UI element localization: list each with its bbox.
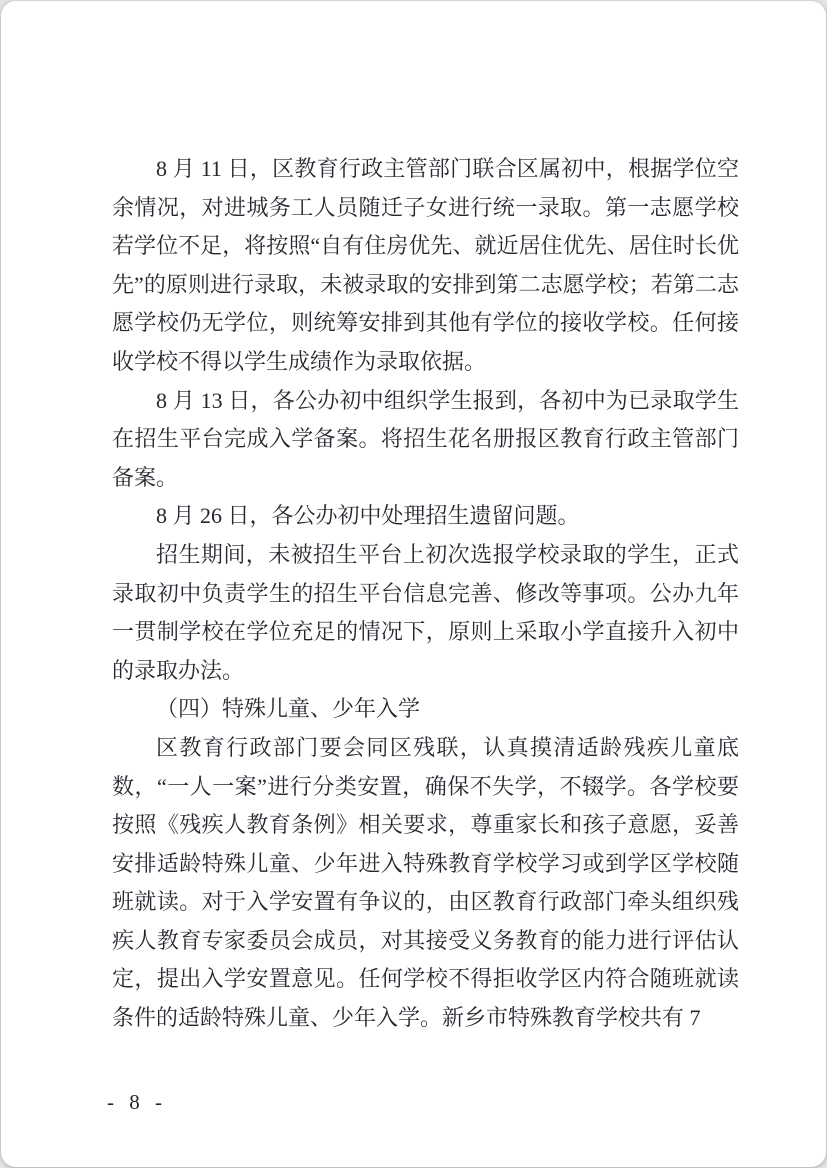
paragraph-enrollment-period: 招生期间，未被招生平台上初次选报学校录取的学生，正式录取初中负责学生的招生平台信… (112, 536, 739, 690)
page-number: - 8 - (107, 1090, 167, 1114)
section-heading-special-children: （四）特殊儿童、少年入学 (112, 690, 739, 729)
document-body: 8 月 11 日，区教育行政主管部门联合区属初中，根据学位空余情况，对进城务工人… (112, 150, 739, 1038)
paragraph-aug-26: 8 月 26 日，各公办初中处理招生遗留问题。 (112, 497, 739, 536)
document-page: 8 月 11 日，区教育行政主管部门联合区属初中，根据学位空余情况，对进城务工人… (1, 1, 826, 1167)
paragraph-aug-11: 8 月 11 日，区教育行政主管部门联合区属初中，根据学位空余情况，对进城务工人… (112, 150, 739, 382)
paragraph-aug-13: 8 月 13 日，各公办初中组织学生报到，各初中为已录取学生在招生平台完成入学备… (112, 382, 739, 498)
document-canvas: { "document": { "paragraphs": [ "8 月 11 … (0, 0, 827, 1168)
paragraph-special-education: 区教育行政部门要会同区残联，认真摸清适龄残疾儿童底数，“一人一案”进行分类安置，… (112, 729, 739, 1038)
